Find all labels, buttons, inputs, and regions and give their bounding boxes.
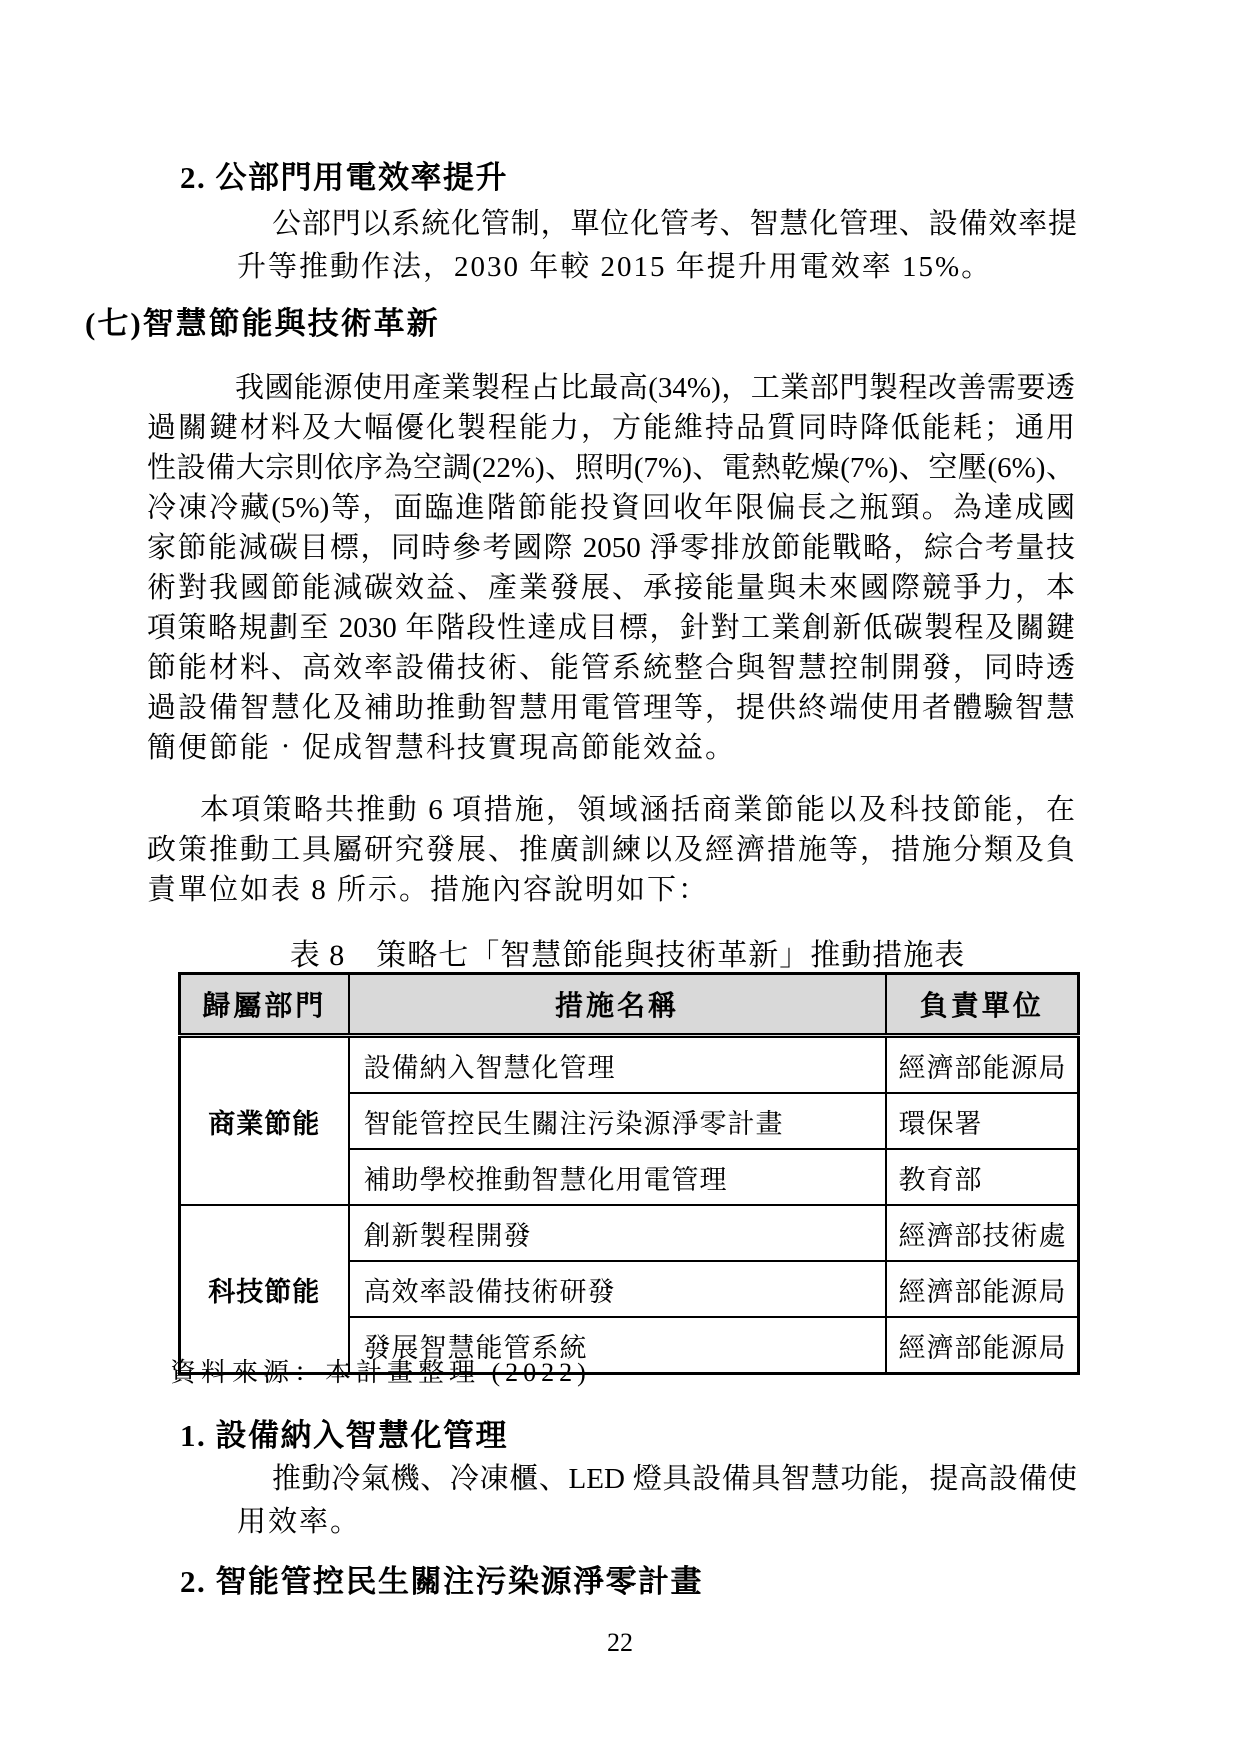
table-source-note: 資料來源：本計畫整理 (2022) — [170, 1352, 591, 1389]
public-sector-paragraph: 公部門以系統化管制，單位化管考、智慧化管理、設備效率提 升等推動作法，2030 … — [237, 203, 1077, 289]
category-cell: 科技節能 — [180, 1205, 349, 1374]
table-row: 科技節能 創新製程開發 經濟部技術處 — [180, 1205, 1079, 1261]
unit-cell: 教育部 — [886, 1149, 1079, 1205]
paragraph-line: 冷凍冷藏(5%)等，面臨進階節能投資回收年限偏長之瓶頸。為達成國 — [147, 488, 1075, 528]
paragraph-line: 簡便節能‧促成智慧科技實現高節能效益。 — [147, 728, 1075, 768]
unit-cell: 經濟部能源局 — [886, 1261, 1079, 1317]
measures-table: 歸屬部門 措施名稱 負責單位 商業節能 設備納入智慧化管理 經濟部能源局 智能管… — [178, 972, 1080, 1375]
paragraph-line: 升等推動作法，2030 年較 2015 年提升用電效率 15%。 — [237, 246, 1077, 289]
paragraph-line: 公部門以系統化管制，單位化管考、智慧化管理、設備效率提 — [237, 203, 1077, 246]
page-number: 22 — [0, 1628, 1240, 1658]
paragraph-line: 節能材料、高效率設備技術、能管系統整合與智慧控制開發，同時透 — [147, 648, 1075, 688]
paragraph-line: 過設備智慧化及補助推動智慧用電管理等，提供終端使用者體驗智慧 — [147, 688, 1075, 728]
table-row: 商業節能 設備納入智慧化管理 經濟部能源局 — [180, 1036, 1079, 1094]
heading-measure-1: 1. 設備納入智慧化管理 — [180, 1410, 508, 1455]
unit-cell: 環保署 — [886, 1093, 1079, 1149]
measure-cell: 創新製程開發 — [349, 1205, 886, 1261]
table-caption: 表 8 策略七「智慧節能與技術革新」推動措施表 — [178, 930, 1077, 974]
measure-cell: 智能管控民生關注污染源淨零計畫 — [349, 1093, 886, 1149]
measure-cell: 高效率設備技術研發 — [349, 1261, 886, 1317]
unit-cell: 經濟部技術處 — [886, 1205, 1079, 1261]
paragraph-line: 推動冷氣機、冷凍櫃、LED 燈具設備具智慧功能，提高設備使 — [237, 1458, 1077, 1501]
paragraph-line: 項策略規劃至 2030 年階段性達成目標，針對工業創新低碳製程及關鍵 — [147, 608, 1075, 648]
document-page: { "colors": { "background": "#ffffff", "… — [0, 0, 1240, 1753]
paragraph-line: 本項策略共推動 6 項措施，領域涵括商業節能以及科技節能，在 — [147, 790, 1075, 830]
paragraph-line: 我國能源使用產業製程占比最高(34%)，工業部門製程改善需要透 — [147, 368, 1075, 408]
heading-measure-2: 2. 智能管控民生關注污染源淨零計畫 — [180, 1556, 703, 1601]
paragraph-line: 責單位如表 8 所示。措施內容說明如下： — [147, 870, 1075, 910]
table-header-row: 歸屬部門 措施名稱 負責單位 — [180, 974, 1079, 1036]
heading-smart-energy-saving-section: (七)智慧節能與技術革新 — [85, 298, 440, 343]
paragraph-line: 術對我國節能減碳效益、產業發展、承接能量與未來國際競爭力，本 — [147, 568, 1075, 608]
smart-energy-paragraph-2: 本項策略共推動 6 項措施，領域涵括商業節能以及科技節能，在 政策推動工具屬研究… — [147, 790, 1075, 910]
table-header-cell: 負責單位 — [886, 974, 1079, 1036]
smart-energy-paragraph-1: 我國能源使用產業製程占比最高(34%)，工業部門製程改善需要透 過關鍵材料及大幅… — [147, 368, 1075, 768]
paragraph-line: 政策推動工具屬研究發展、推廣訓練以及經濟措施等，措施分類及負 — [147, 830, 1075, 870]
paragraph-line: 用效率。 — [237, 1501, 1077, 1544]
unit-cell: 經濟部能源局 — [886, 1317, 1079, 1374]
table-header-cell: 歸屬部門 — [180, 974, 349, 1036]
paragraph-line: 過關鍵材料及大幅優化製程能力，方能維持品質同時降低能耗；通用 — [147, 408, 1075, 448]
category-cell: 商業節能 — [180, 1036, 349, 1206]
paragraph-line: 性設備大宗則依序為空調(22%)、照明(7%)、電熱乾燥(7%)、空壓(6%)、 — [147, 448, 1075, 488]
measure-cell: 設備納入智慧化管理 — [349, 1036, 886, 1094]
paragraph-line: 家節能減碳目標，同時參考國際 2050 淨零排放節能戰略，綜合考量技 — [147, 528, 1075, 568]
measure-1-paragraph: 推動冷氣機、冷凍櫃、LED 燈具設備具智慧功能，提高設備使 用效率。 — [237, 1458, 1077, 1544]
heading-public-sector-efficiency: 2. 公部門用電效率提升 — [180, 152, 508, 197]
table-header-cell: 措施名稱 — [349, 974, 886, 1036]
unit-cell: 經濟部能源局 — [886, 1036, 1079, 1094]
measure-cell: 補助學校推動智慧化用電管理 — [349, 1149, 886, 1205]
